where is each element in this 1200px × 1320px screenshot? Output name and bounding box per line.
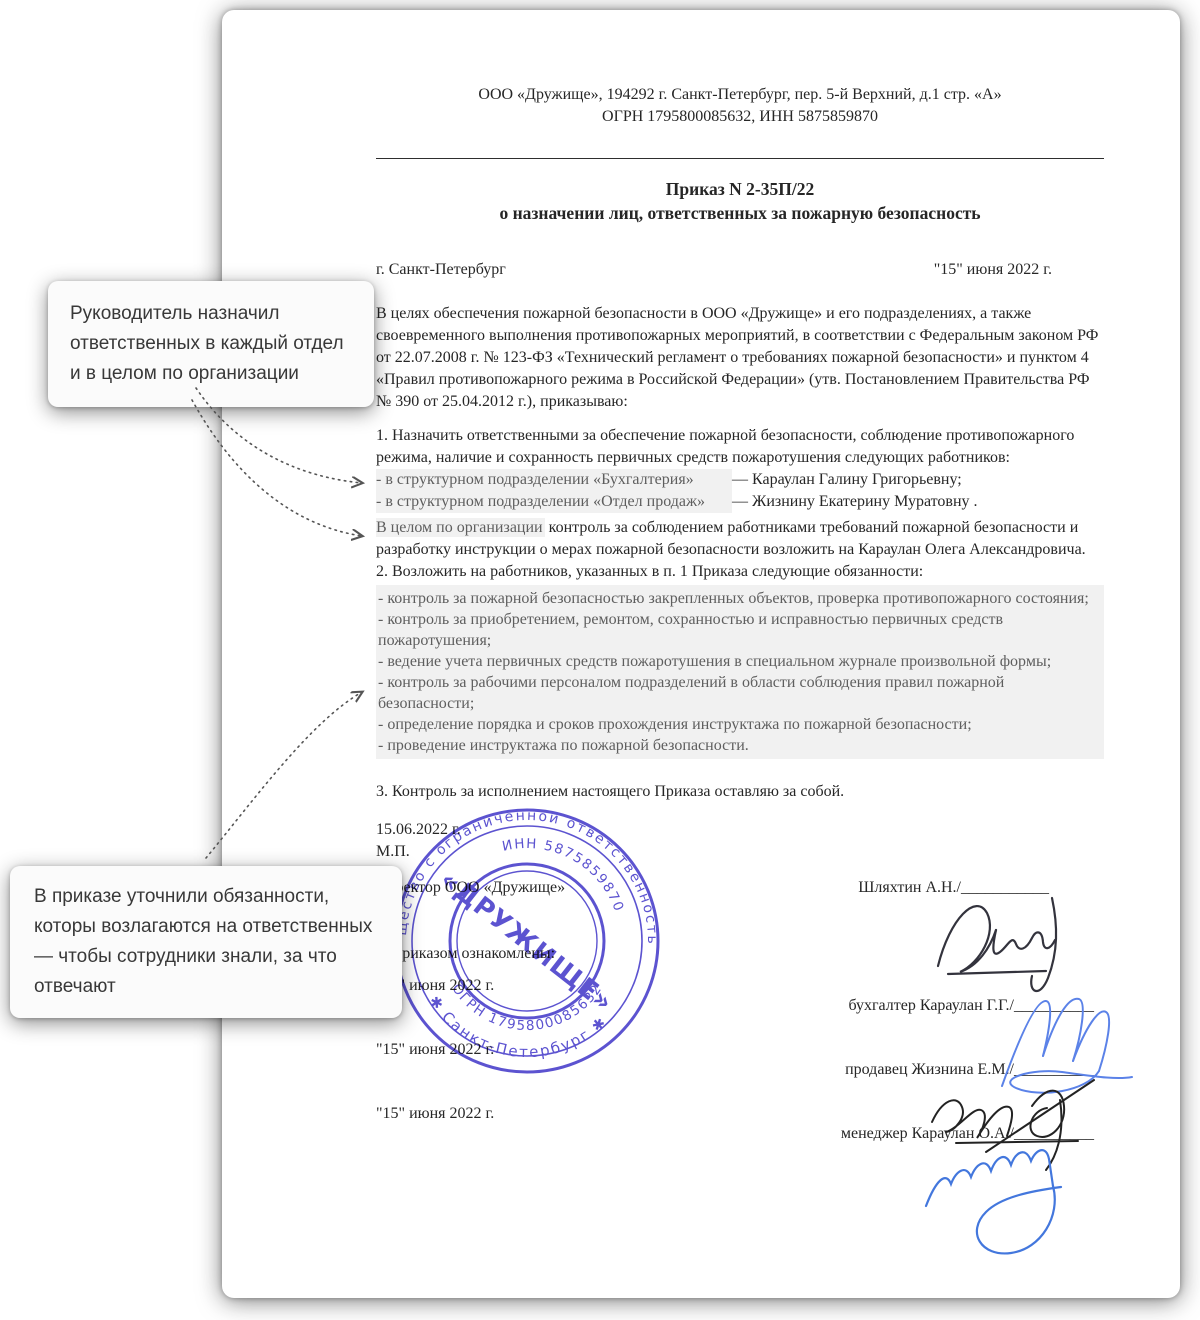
order-title: Приказ N 2-35П/22 (376, 177, 1104, 201)
city-date-row: г. Санкт-Петербург "15" июня 2022 г. (376, 259, 1104, 281)
point3-paragraph: 3. Контроль за исполнением настоящего Пр… (376, 781, 1104, 803)
document-page: ООО «Дружище», 194292 г. Санкт-Петербург… (222, 10, 1180, 1298)
company-header-line2: ОГРН 1795800085632, ИНН 5875859870 (376, 106, 1104, 128)
company-header-line1: ООО «Дружище», 194292 г. Санкт-Петербург… (376, 84, 1104, 106)
intro-paragraph: В целях обеспечения пожарной безопасност… (376, 303, 1104, 413)
callout-text: Руководитель назначил ответственных в ка… (70, 303, 344, 384)
duties-block: - контроль за пожарной безопасностью зак… (376, 585, 1104, 759)
point1-item: - в структурном подразделении «Отдел про… (376, 491, 1104, 513)
organization-paragraph: В целом по организации контроль за соблю… (376, 517, 1104, 561)
order-date: "15" июня 2022 г. (934, 259, 1052, 281)
point1-item-highlight: - в структурном подразделении «Отдел про… (376, 491, 732, 513)
order-subtitle: о назначении лиц, ответственных за пожар… (376, 201, 1104, 225)
screenshot-root: { "callouts": [ { "text": "Руководитель … (0, 0, 1200, 1320)
callout-responsibles: Руководитель назначил ответственных в ка… (48, 281, 374, 407)
point1-item-rest: — Караулан Галину Григорьевну; (732, 471, 962, 488)
callout-text: В приказе уточнили обязанности, которы в… (34, 886, 372, 997)
organization-highlight: В целом по организации (376, 518, 545, 537)
duty-item: - контроль за рабочими персоналом подраз… (378, 672, 1102, 714)
duty-item: - контроль за пожарной безопасностью зак… (378, 588, 1102, 609)
point1-item-highlight: - в структурном подразделении «Бухгалтер… (376, 469, 732, 491)
header-separator-line (376, 158, 1104, 159)
callout-duties: В приказе уточнили обязанности, которы в… (10, 866, 402, 1018)
duty-item: - определение порядка и сроков прохожден… (378, 714, 1102, 735)
ack-signature-label: менеджер Караулан О.А./__________ (841, 1123, 1094, 1145)
director-signature-label: Шляхтин А.Н./___________ (858, 877, 1049, 899)
point1-item-rest: — Жизнину Екатерину Муратовну . (732, 493, 978, 510)
duty-item: - проведение инструктажа по пожарной без… (378, 735, 1102, 756)
point1-item: - в структурном подразделении «Бухгалтер… (376, 469, 1104, 491)
ack-signature-label: бухгалтер Караулан Г.Г./__________ (848, 995, 1094, 1017)
city-label: г. Санкт-Петербург (376, 259, 506, 281)
duty-item: - контроль за приобретением, ремонтом, с… (378, 609, 1102, 651)
acknowledgement-row: "15" июня 2022 г. менеджер Караулан О.А.… (376, 1103, 1104, 1147)
ack-date: "15" июня 2022 г. (376, 1103, 494, 1125)
duty-item: - ведение учета первичных средств пожаро… (378, 651, 1102, 672)
point1-paragraph: 1. Назначить ответственными за обеспечен… (376, 425, 1104, 469)
ack-signature-label: продавец Жизнина Е.М./__________ (845, 1059, 1094, 1081)
point2-paragraph: 2. Возложить на работников, указанных в … (376, 561, 1104, 583)
company-stamp-icon: Общество с ограниченной ответственностью… (392, 806, 662, 1076)
